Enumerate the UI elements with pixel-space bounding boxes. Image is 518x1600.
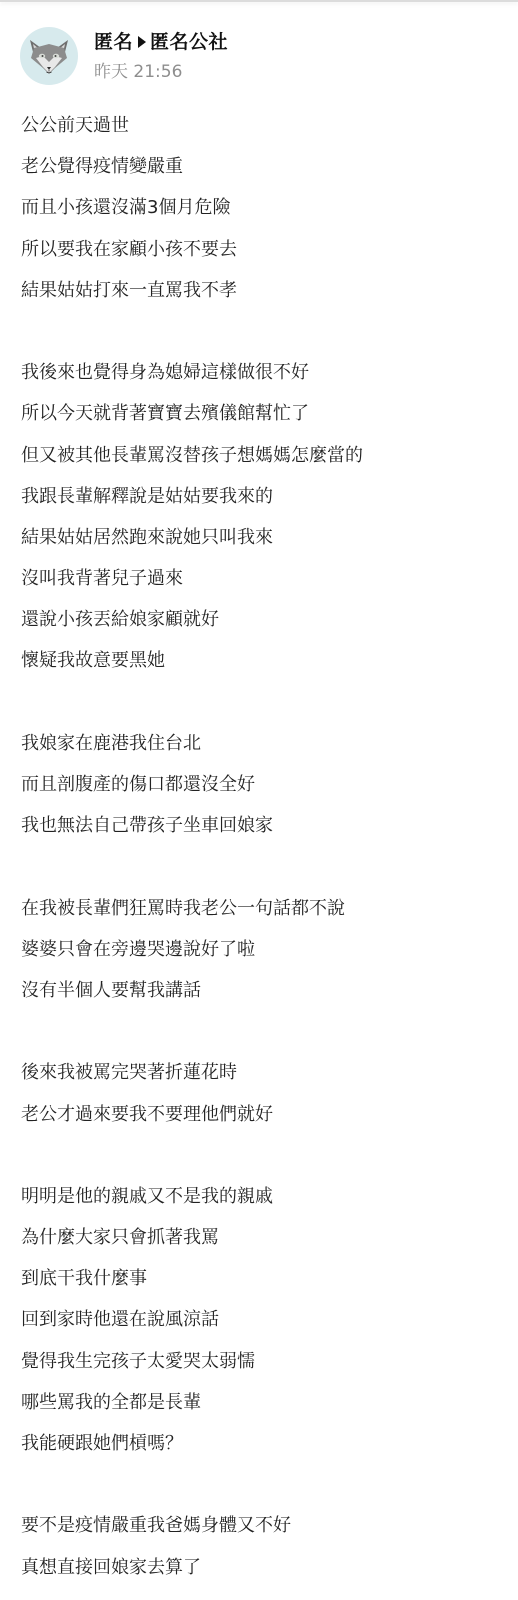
author-meta: 匿名 匿名公社 昨天 21:56	[94, 30, 228, 83]
fox-icon	[27, 36, 71, 76]
post-line: 結果姑姑打來一直罵我不孝	[21, 270, 501, 311]
author-line: 匿名 匿名公社	[94, 30, 228, 54]
post-line: 沒叫我背著兒子過來	[21, 558, 501, 599]
blank-line	[21, 1464, 501, 1505]
post-line: 老公才過來要我不要理他們就好	[21, 1094, 501, 1135]
post-header: 匿名 匿名公社 昨天 21:56	[20, 26, 228, 86]
post-line: 還說小孩丟給娘家顧就好	[21, 599, 501, 640]
blank-line	[21, 1011, 501, 1052]
post-line: 而且剖腹產的傷口都還沒全好	[21, 764, 501, 805]
post-line: 要不是疫情嚴重我爸媽身體又不好	[21, 1505, 501, 1546]
post-body: 公公前天過世老公覺得疫情變嚴重而且小孩還沒滿3個月危險所以要我在家顧小孩不要去結…	[21, 105, 501, 1588]
post-line: 所以要我在家顧小孩不要去	[21, 229, 501, 270]
post-line: 懷疑我故意要黑她	[21, 640, 501, 681]
blank-line	[21, 846, 501, 887]
post-line: 而且小孩還沒滿3個月危險	[21, 187, 501, 228]
post-line: 到底干我什麼事	[21, 1258, 501, 1299]
post-line: 真想直接回娘家去算了	[21, 1547, 501, 1588]
post-line: 老公覺得疫情變嚴重	[21, 146, 501, 187]
post-line: 回到家時他還在說風涼話	[21, 1299, 501, 1340]
post-line: 為什麼大家只會抓著我罵	[21, 1217, 501, 1258]
board-name[interactable]: 匿名公社	[150, 30, 228, 54]
post-line: 結果姑姑居然跑來說她只叫我來	[21, 517, 501, 558]
author-name[interactable]: 匿名	[94, 30, 133, 54]
blank-line	[21, 682, 501, 723]
post-line: 後來我被罵完哭著折蓮花時	[21, 1052, 501, 1093]
post-line: 在我被長輩們狂罵時我老公一句話都不說	[21, 888, 501, 929]
post-line: 我娘家在鹿港我住台北	[21, 723, 501, 764]
post-line: 我跟長輩解釋說是姑姑要我來的	[21, 476, 501, 517]
blank-line	[21, 1135, 501, 1176]
avatar[interactable]	[20, 27, 78, 85]
post-timestamp: 昨天 21:56	[94, 61, 228, 83]
post-line: 沒有半個人要幫我講話	[21, 970, 501, 1011]
post-line: 明明是他的親戚又不是我的親戚	[21, 1176, 501, 1217]
blank-line	[21, 311, 501, 352]
post-line: 公公前天過世	[21, 105, 501, 146]
post-line: 但又被其他長輩罵沒替孩子想媽媽怎麼當的	[21, 435, 501, 476]
post-line: 我也無法自己帶孩子坐車回娘家	[21, 805, 501, 846]
top-divider	[0, 0, 518, 2]
triangle-right-icon	[138, 36, 146, 48]
post-line: 我能硬跟她們槓嗎？	[21, 1423, 501, 1464]
post-line: 哪些罵我的全都是長輩	[21, 1382, 501, 1423]
post-line: 覺得我生完孩子太愛哭太弱懦	[21, 1341, 501, 1382]
post-line: 婆婆只會在旁邊哭邊說好了啦	[21, 929, 501, 970]
post-line: 我後來也覺得身為媳婦這樣做很不好	[21, 352, 501, 393]
post-line: 所以今天就背著寶寶去殯儀館幫忙了	[21, 393, 501, 434]
